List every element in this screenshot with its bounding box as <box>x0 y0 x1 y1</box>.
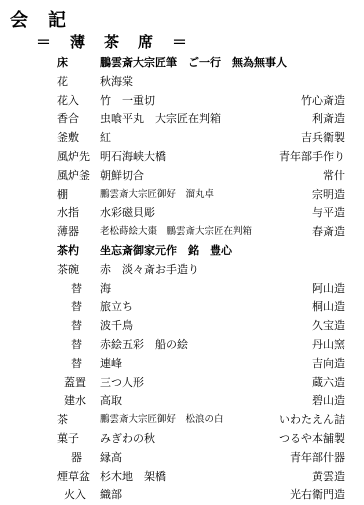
item-row: 替海阿山造 <box>0 280 364 299</box>
item-description: 赤 淡々斎お手造り <box>100 261 199 280</box>
item-row: 蓋置三つ人形蔵六造 <box>0 374 364 393</box>
item-label: 花 <box>57 73 68 92</box>
item-description: 老松蒔絵大棗 鵬雲斎大宗匠在判箱 <box>100 223 252 242</box>
item-description: 水彩磁貝彫 <box>100 204 155 223</box>
item-row: 釜敷紅吉兵衛製 <box>0 129 364 148</box>
item-maker: 黄雲造 <box>312 468 345 487</box>
item-row: 薄器老松蒔絵大棗 鵬雲斎大宗匠在判箱春斎造 <box>0 223 364 242</box>
kaiki-document: 会 記 ＝ 薄 茶 席 ＝ 床鵬雲斎大宗匠筆 ご一行 無為無事人花秋海棠花入竹 … <box>0 0 364 505</box>
item-row: 菓子みぎわの秋つるや本舗製 <box>0 430 364 449</box>
item-maker: つるや本舗製 <box>279 430 345 449</box>
item-description: 連峰 <box>100 355 122 374</box>
item-row: 茶鵬雲斎大宗匠御好 松浪の白いわたえん詰 <box>0 411 364 430</box>
item-label: 棚 <box>57 186 68 205</box>
item-maker: 阿山造 <box>312 280 345 299</box>
item-row: 水指水彩磁貝彫与平造 <box>0 204 364 223</box>
item-label: 替 <box>71 336 82 355</box>
item-row: 替波千鳥久宝造 <box>0 317 364 336</box>
item-description: 明石海峡大橋 <box>100 148 166 167</box>
item-row: 茶碗赤 淡々斎お手造り <box>0 261 364 280</box>
item-label: 茶碗 <box>57 261 79 280</box>
item-description: 高取 <box>100 392 122 411</box>
page-title: 会 記 <box>10 6 67 32</box>
item-row: 建水高取碧山造 <box>0 392 364 411</box>
item-label: 床 <box>57 54 68 73</box>
item-row: 風炉釜朝鮮切合常什 <box>0 167 364 186</box>
item-maker: 久宝造 <box>312 317 345 336</box>
item-row: 火入織部光右衛門造 <box>0 486 364 505</box>
item-maker: 吉向造 <box>312 355 345 374</box>
item-description: 旅立ち <box>100 298 133 317</box>
item-description: 織部 <box>100 486 122 505</box>
item-label: 火入 <box>64 486 86 505</box>
item-label: 建水 <box>64 392 86 411</box>
item-label: 風炉先 <box>57 148 90 167</box>
item-maker: 与平造 <box>312 204 345 223</box>
item-maker: 吉兵衛製 <box>301 129 345 148</box>
item-label: 器 <box>71 449 82 468</box>
item-row: 替連峰吉向造 <box>0 355 364 374</box>
item-label: 薄器 <box>57 223 79 242</box>
item-description: 秋海棠 <box>100 73 133 92</box>
item-row: 床鵬雲斎大宗匠筆 ご一行 無為無事人 <box>0 54 364 73</box>
item-description: 朝鮮切合 <box>100 167 144 186</box>
item-label: 茶 <box>57 411 68 430</box>
item-row: 花入竹 一重切竹心斎造 <box>0 92 364 111</box>
item-row: 棚鵬雲斎大宗匠御好 溜丸卓宗明造 <box>0 186 364 205</box>
item-description: 鵬雲斎大宗匠御好 溜丸卓 <box>100 186 214 205</box>
section-title-usucha-seki: ＝ 薄 茶 席 ＝ <box>36 31 189 52</box>
item-label: 香合 <box>57 110 79 129</box>
item-row: 替赤絵五彩 船の絵丹山窯 <box>0 336 364 355</box>
item-maker: 桐山造 <box>312 298 345 317</box>
item-maker: 青年部什器 <box>290 449 345 468</box>
item-row: 花秋海棠 <box>0 73 364 92</box>
item-description: 坐忘斎御家元作 銘 豊心 <box>100 242 232 261</box>
item-row: 風炉先明石海峡大橋青年部手作り <box>0 148 364 167</box>
item-label: 替 <box>71 355 82 374</box>
utensil-item-list: 床鵬雲斎大宗匠筆 ご一行 無為無事人花秋海棠花入竹 一重切竹心斎造香合虫喰平丸 … <box>0 54 364 505</box>
item-maker: 春斎造 <box>312 223 345 242</box>
item-label: 釜敷 <box>57 129 79 148</box>
item-label: 替 <box>71 280 82 299</box>
item-maker: いわたえん詰 <box>279 411 345 430</box>
item-maker: 蔵六造 <box>312 374 345 393</box>
item-label: 煙草盆 <box>57 468 90 487</box>
item-description: 鵬雲斎大宗匠御好 松浪の白 <box>100 411 224 430</box>
item-label: 水指 <box>57 204 79 223</box>
item-description: 波千鳥 <box>100 317 133 336</box>
item-description: 杉木地 架橋 <box>100 468 166 487</box>
item-description: 赤絵五彩 船の絵 <box>100 336 188 355</box>
item-description: 三つ人形 <box>100 374 144 393</box>
item-maker: 碧山造 <box>312 392 345 411</box>
item-label: 替 <box>71 298 82 317</box>
item-maker: 利斎造 <box>312 110 345 129</box>
item-description: 紅 <box>100 129 111 148</box>
item-description: 縁高 <box>100 449 122 468</box>
item-maker: 丹山窯 <box>312 336 345 355</box>
item-label: 替 <box>71 317 82 336</box>
item-maker: 常什 <box>323 167 345 186</box>
item-row: 茶杓坐忘斎御家元作 銘 豊心 <box>0 242 364 261</box>
item-maker: 青年部手作り <box>279 148 345 167</box>
item-description: 鵬雲斎大宗匠筆 ご一行 無為無事人 <box>100 54 287 73</box>
item-row: 煙草盆杉木地 架橋黄雲造 <box>0 468 364 487</box>
item-label: 蓋置 <box>64 374 86 393</box>
item-maker: 光右衛門造 <box>290 486 345 505</box>
item-label: 菓子 <box>57 430 79 449</box>
item-row: 器縁高青年部什器 <box>0 449 364 468</box>
item-label: 風炉釜 <box>57 167 90 186</box>
item-maker: 宗明造 <box>312 186 345 205</box>
item-row: 替旅立ち桐山造 <box>0 298 364 317</box>
item-description: みぎわの秋 <box>100 430 155 449</box>
item-description: 虫喰平丸 大宗匠在判箱 <box>100 110 221 129</box>
item-row: 香合虫喰平丸 大宗匠在判箱利斎造 <box>0 110 364 129</box>
item-description: 海 <box>100 280 111 299</box>
item-description: 竹 一重切 <box>100 92 155 111</box>
item-label: 花入 <box>57 92 79 111</box>
item-label: 茶杓 <box>57 242 79 261</box>
item-maker: 竹心斎造 <box>301 92 345 111</box>
